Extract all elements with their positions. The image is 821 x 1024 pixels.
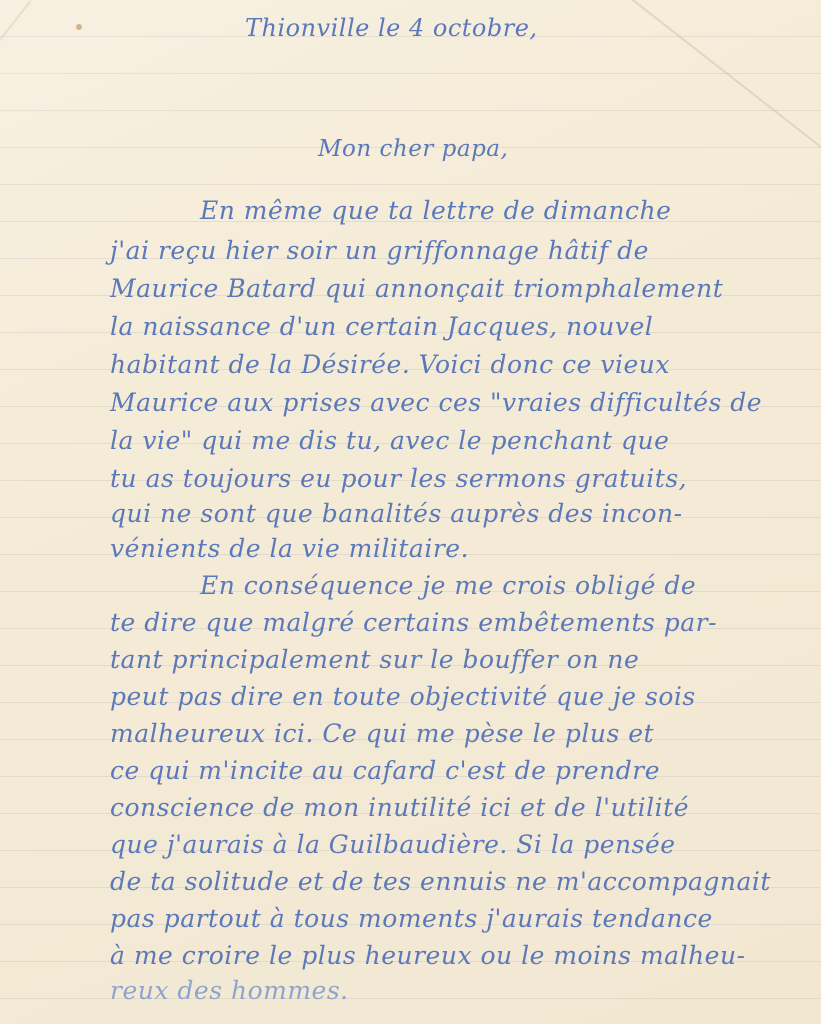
place-date: Thionville le 4 octobre, xyxy=(245,14,538,42)
letter-line-2: j'ai reçu hier soir un griffonnage hâtif… xyxy=(110,236,649,265)
letter-line-4: la naissance d'un certain Jacques, nouve… xyxy=(110,312,653,341)
letter-line-17: conscience de mon inutilité ici et de l'… xyxy=(110,793,689,822)
letter-line-16: ce qui m'incite au cafard c'est de prend… xyxy=(110,756,660,785)
paper-stain xyxy=(76,24,82,30)
letter-line-8: tu as toujours eu pour les sermons gratu… xyxy=(110,464,687,493)
letter-line-5: habitant de la Désirée. Voici donc ce vi… xyxy=(110,350,670,379)
letter-line-3: Maurice Batard qui annonçait triomphalem… xyxy=(110,274,723,303)
letter-line-20: pas partout à tous moments j'aurais tend… xyxy=(110,904,713,933)
letter-line-18: que j'aurais à la Guilbaudière. Si la pe… xyxy=(110,830,676,859)
letter-line-14: peut pas dire en toute objectivité que j… xyxy=(110,682,696,711)
letter-line-9: qui ne sont que banalités auprès des inc… xyxy=(110,499,683,528)
letter-line-1: En même que ta lettre de dimanche xyxy=(200,196,671,225)
letter-line-11: En conséquence je me crois obligé de xyxy=(200,571,696,600)
letter-page: Thionville le 4 octobre, Mon cher papa, … xyxy=(0,0,821,1024)
letter-line-19: de ta solitude et de tes ennuis ne m'acc… xyxy=(110,867,771,896)
paper-fold-crease-left xyxy=(0,0,32,112)
letter-line-12: te dire que malgré certains embêtements … xyxy=(110,608,717,637)
letter-line-13: tant principalement sur le bouffer on ne xyxy=(110,645,639,674)
letter-line-7: la vie" qui me dis tu, avec le penchant … xyxy=(110,426,669,455)
letter-line-15: malheureux ici. Ce qui me pèse le plus e… xyxy=(110,719,654,748)
letter-line-10: vénients de la vie militaire. xyxy=(110,534,469,563)
letter-line-6: Maurice aux prises avec ces "vraies diff… xyxy=(110,388,762,417)
letter-line-22: reux des hommes. xyxy=(110,976,349,1005)
letter-line-21: à me croire le plus heureux ou le moins … xyxy=(110,941,746,970)
paper-fold-crease xyxy=(580,0,821,194)
salutation: Mon cher papa, xyxy=(318,136,508,162)
